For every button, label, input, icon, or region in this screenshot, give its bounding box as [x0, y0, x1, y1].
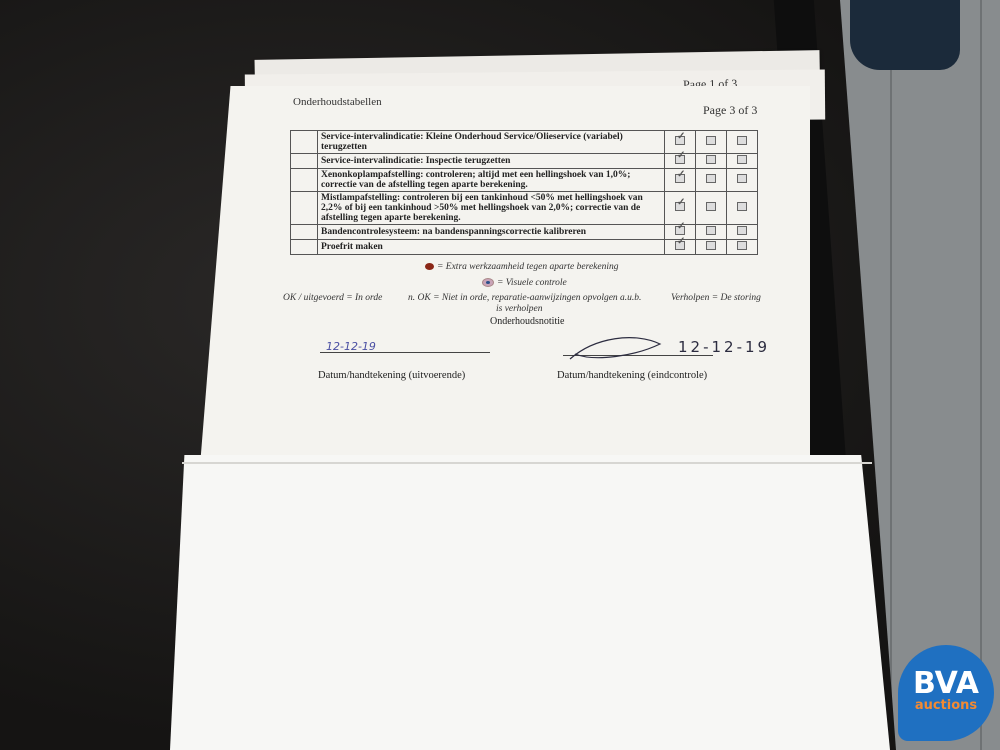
row-marker-cell [291, 169, 318, 192]
logo-main-text: BVA [898, 669, 994, 699]
row-description: Bandencontrolesysteem: na bandenspanning… [318, 225, 665, 240]
table-row: Mistlampafstelling: controleren bij een … [291, 192, 758, 225]
bva-auctions-logo: BVA auctions [898, 645, 994, 741]
checkbox-not-ok[interactable] [706, 136, 716, 145]
legend-extra: = Extra werkzaamheid tegen aparte bereke… [425, 262, 619, 272]
table-row: Proefrit maken [291, 240, 758, 255]
handwritten-date-left: 12-12-19 [326, 340, 376, 353]
maintenance-table: Service-intervalindicatie: Kleine Onderh… [290, 130, 758, 255]
checkbox-ok[interactable] [675, 155, 685, 164]
red-dot-icon [425, 263, 434, 270]
signature-label-right: Datum/handtekening (eindcontrole) [557, 370, 707, 381]
row-marker-cell [291, 240, 318, 255]
cell-not-ok [696, 131, 727, 154]
table-row: Bandencontrolesysteem: na bandenspanning… [291, 225, 758, 240]
legend-fixed: Verholpen = De storing [671, 293, 761, 303]
cell-not-ok [696, 192, 727, 225]
logo-sub-text: auctions [898, 699, 994, 713]
eye-icon [482, 278, 494, 287]
cell-ok [665, 240, 696, 255]
legend-ok: OK / uitgevoerd = In orde [283, 293, 382, 303]
cell-fixed [727, 169, 758, 192]
cell-fixed [727, 240, 758, 255]
table-row: Xenonkoplampafstelling: controleren; alt… [291, 169, 758, 192]
document-sheet-lower [170, 455, 890, 750]
cell-not-ok [696, 169, 727, 192]
checkbox-ok[interactable] [675, 202, 685, 211]
cell-ok [665, 154, 696, 169]
checkbox-fixed[interactable] [737, 155, 747, 164]
note-title: Onderhoudsnotitie [490, 316, 564, 327]
legend-not-ok: n. OK = Niet in orde, reparatie-aanwijzi… [408, 293, 641, 303]
checkbox-fixed[interactable] [737, 226, 747, 235]
row-description: Proefrit maken [318, 240, 665, 255]
row-description: Service-intervalindicatie: Inspectie ter… [318, 154, 665, 169]
checkbox-not-ok[interactable] [706, 241, 716, 250]
checkbox-not-ok[interactable] [706, 155, 716, 164]
row-description: Service-intervalindicatie: Kleine Onderh… [318, 131, 665, 154]
signature-scribble [565, 332, 665, 362]
checkbox-fixed[interactable] [737, 136, 747, 145]
table-row: Service-intervalindicatie: Inspectie ter… [291, 154, 758, 169]
document-title: Onderhoudstabellen [293, 96, 382, 108]
cell-fixed [727, 131, 758, 154]
row-description: Mistlampafstelling: controleren bij een … [318, 192, 665, 225]
row-marker-cell [291, 131, 318, 154]
chair [850, 0, 960, 70]
cell-fixed [727, 225, 758, 240]
row-marker-cell [291, 225, 318, 240]
checkbox-ok[interactable] [675, 226, 685, 235]
cell-not-ok [696, 154, 727, 169]
page-number: Page 3 of 3 [703, 103, 757, 118]
cell-not-ok [696, 240, 727, 255]
cell-not-ok [696, 225, 727, 240]
cell-fixed [727, 154, 758, 169]
checkbox-fixed[interactable] [737, 202, 747, 211]
legend-not-ok-cont: is verholpen [496, 304, 543, 314]
row-description: Xenonkoplampafstelling: controleren; alt… [318, 169, 665, 192]
checkbox-fixed[interactable] [737, 241, 747, 250]
checkbox-ok[interactable] [675, 174, 685, 183]
checkbox-ok[interactable] [675, 241, 685, 250]
checkbox-not-ok[interactable] [706, 174, 716, 183]
cell-ok [665, 169, 696, 192]
signature-label-left: Datum/handtekening (uitvoerende) [318, 370, 465, 381]
cell-fixed [727, 192, 758, 225]
checkbox-not-ok[interactable] [706, 202, 716, 211]
legend-visual: = Visuele controle [482, 278, 567, 288]
cell-ok [665, 192, 696, 225]
checkbox-ok[interactable] [675, 136, 685, 145]
paper-fold [182, 462, 872, 464]
table-row: Service-intervalindicatie: Kleine Onderh… [291, 131, 758, 154]
row-marker-cell [291, 192, 318, 225]
checkbox-not-ok[interactable] [706, 226, 716, 235]
row-marker-cell [291, 154, 318, 169]
checkbox-fixed[interactable] [737, 174, 747, 183]
handwritten-date-right: 12-12-19 [678, 338, 770, 356]
